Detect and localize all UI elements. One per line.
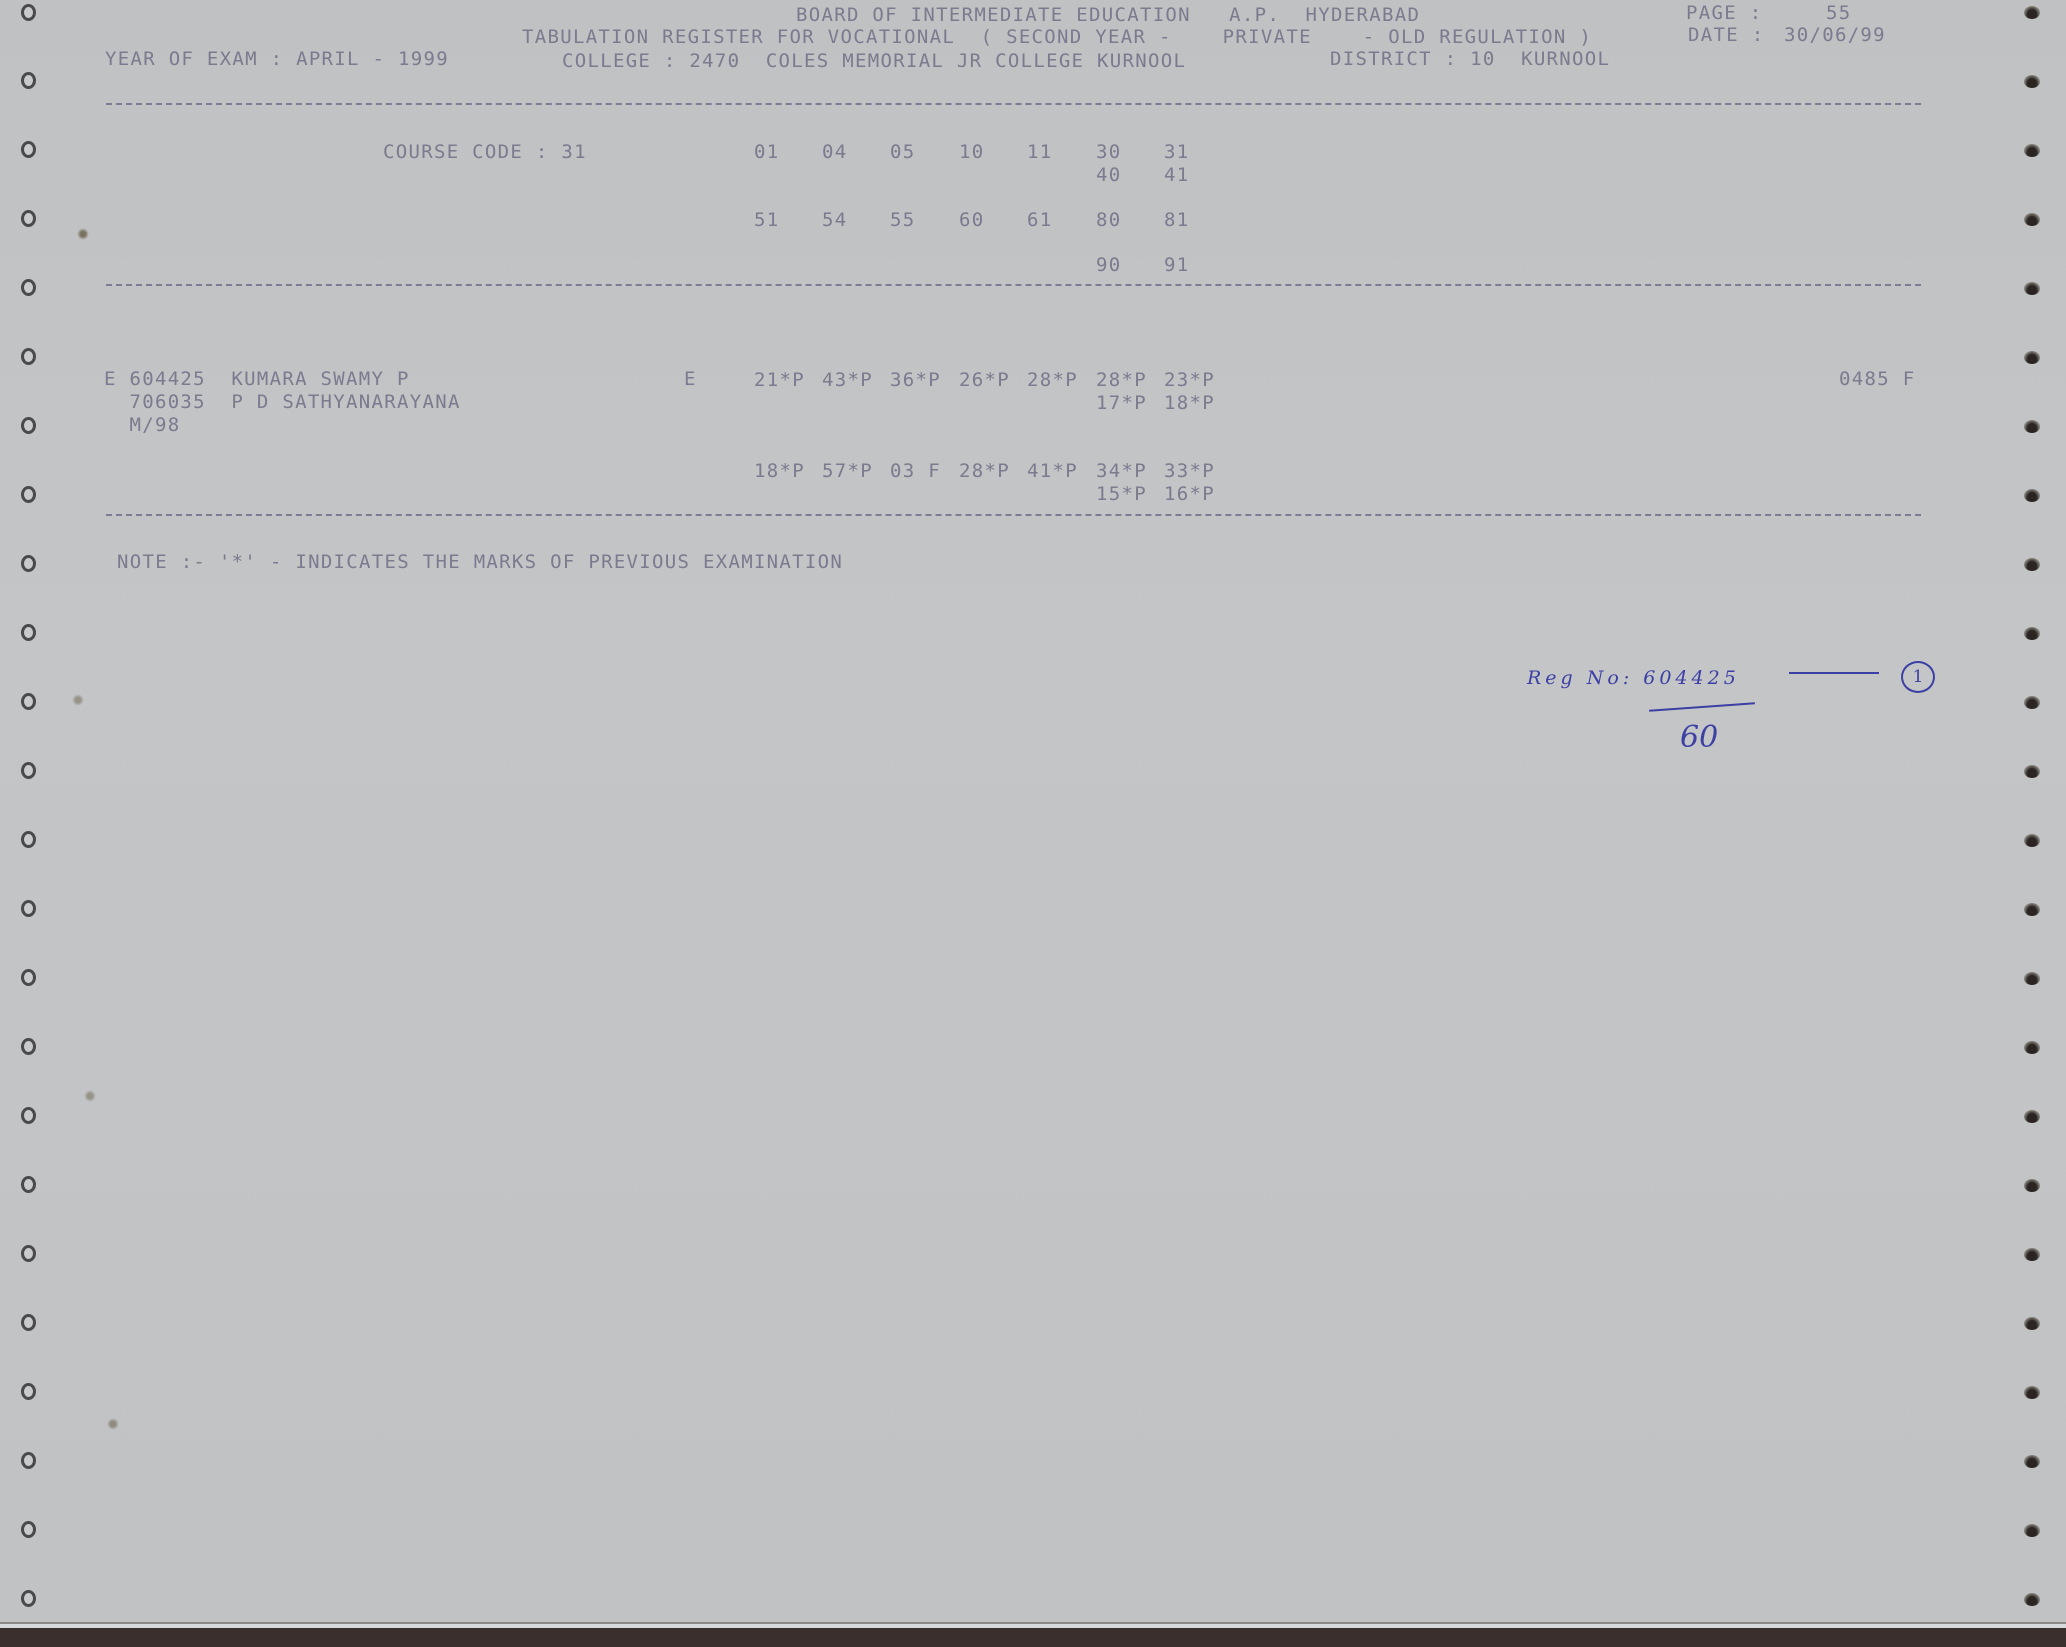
candidate-roll-name: E 604425 KUMARA SWAMY P	[104, 368, 410, 390]
mark-cell: 33*P	[1164, 460, 1215, 482]
date-value: 30/06/99	[1784, 24, 1886, 46]
mark-cell: 26*P	[959, 369, 1010, 391]
footnote: NOTE :- '*' - INDICATES THE MARKS OF PRE…	[117, 551, 843, 573]
feed-hole-icon	[21, 1452, 36, 1469]
mark-cell: 43*P	[822, 369, 873, 391]
subject-code: 04	[822, 141, 847, 163]
mark-cell: 41*P	[1027, 460, 1078, 482]
mark-cell: 18*P	[1164, 392, 1215, 414]
paper-spot	[107, 1418, 119, 1430]
subject-code: 31	[1164, 141, 1189, 163]
paper-spot	[77, 228, 89, 240]
feed-hole-icon	[21, 72, 36, 89]
feed-hole-icon	[21, 693, 36, 710]
feed-hole-icon	[21, 555, 36, 572]
circled-number: 1	[1913, 667, 1924, 687]
subject-code: 11	[1027, 141, 1052, 163]
tabulation-register-page: BOARD OF INTERMEDIATE EDUCATION A.P. HYD…	[0, 0, 2066, 1628]
feed-hole-icon	[21, 417, 36, 434]
subject-code: 10	[959, 141, 984, 163]
feed-hole-icon	[2024, 6, 2040, 19]
feed-hole-icon	[2024, 765, 2040, 778]
mark-cell: 34*P	[1096, 460, 1147, 482]
total-result: 0485 F	[1839, 368, 1915, 390]
feed-hole-icon	[21, 1590, 36, 1607]
feed-hole-icon	[21, 1176, 36, 1193]
candidate-medium: E	[684, 368, 697, 390]
subject-code: 61	[1027, 209, 1052, 231]
handwritten-fraction-line	[1649, 702, 1755, 711]
subject-code: 60	[959, 209, 984, 231]
subject-code: 51	[754, 209, 779, 231]
page-label: PAGE :	[1686, 2, 1762, 24]
feed-hole-icon	[2024, 696, 2040, 709]
feed-hole-icon	[2024, 144, 2040, 157]
feed-hole-icon	[2024, 1041, 2040, 1054]
subject-code: 30	[1096, 141, 1121, 163]
subject-code: 91	[1164, 254, 1189, 276]
feed-hole-icon	[21, 210, 36, 227]
feed-hole-icon	[2024, 489, 2040, 502]
subject-code: 40	[1096, 164, 1121, 186]
feed-hole-icon	[2024, 1524, 2040, 1537]
board-title: BOARD OF INTERMEDIATE EDUCATION A.P. HYD…	[796, 4, 1420, 26]
feed-hole-icon	[21, 1107, 36, 1124]
subject-code: 81	[1164, 209, 1189, 231]
feed-hole-icon	[2024, 627, 2040, 640]
subject-code: 80	[1096, 209, 1121, 231]
feed-hole-icon	[21, 1314, 36, 1331]
feed-hole-icon	[2024, 1179, 2040, 1192]
feed-hole-icon	[21, 969, 36, 986]
feed-hole-icon	[2024, 1317, 2040, 1330]
mark-cell: 15*P	[1096, 483, 1147, 505]
subject-code: 05	[890, 141, 915, 163]
feed-hole-icon	[2024, 1593, 2040, 1606]
feed-hole-icon	[2024, 75, 2040, 88]
feed-hole-icon	[21, 900, 36, 917]
mark-cell: 28*P	[959, 460, 1010, 482]
feed-hole-icon	[2024, 903, 2040, 916]
mark-cell: 36*P	[890, 369, 941, 391]
candidate-previous-exam: M/98	[104, 414, 180, 436]
feed-hole-icon	[21, 141, 36, 158]
feed-hole-icon	[2024, 351, 2040, 364]
feed-hole-icon	[21, 279, 36, 296]
feed-hole-icon	[21, 1038, 36, 1055]
course-code-label: COURSE CODE : 31	[383, 141, 587, 163]
feed-hole-icon	[21, 4, 36, 21]
date-label: DATE :	[1688, 24, 1764, 46]
feed-hole-icon	[2024, 213, 2040, 226]
candidate-parent-name: 706035 P D SATHYANARAYANA	[104, 391, 461, 413]
feed-hole-icon	[2024, 1455, 2040, 1468]
mark-cell: 28*P	[1096, 369, 1147, 391]
feed-hole-icon	[2024, 834, 2040, 847]
feed-hole-icon	[21, 486, 36, 503]
feed-hole-icon	[21, 1383, 36, 1400]
mark-cell: 17*P	[1096, 392, 1147, 414]
feed-hole-icon	[2024, 282, 2040, 295]
subject-code: 54	[822, 209, 847, 231]
college-info: COLLEGE : 2470 COLES MEMORIAL JR COLLEGE…	[562, 50, 1186, 72]
year-of-exam: YEAR OF EXAM : APRIL - 1999	[105, 48, 449, 70]
subject-code: 55	[890, 209, 915, 231]
handwritten-circle-icon: 1	[1901, 661, 1935, 693]
feed-hole-icon	[2024, 1386, 2040, 1399]
feed-hole-icon	[21, 831, 36, 848]
feed-hole-icon	[2024, 1248, 2040, 1261]
record-divider	[106, 514, 1921, 516]
feed-hole-icon	[21, 348, 36, 365]
handwritten-reg-no: Reg No: 604425	[1527, 667, 1740, 689]
feed-hole-icon	[2024, 558, 2040, 571]
mark-cell: 18*P	[754, 460, 805, 482]
feed-hole-icon	[21, 762, 36, 779]
feed-hole-icon	[21, 1521, 36, 1538]
handwritten-denominator: 60	[1680, 720, 1718, 755]
handwritten-dash	[1789, 672, 1879, 674]
table-surface	[0, 1628, 2066, 1647]
mark-cell: 57*P	[822, 460, 873, 482]
feed-hole-icon	[2024, 972, 2040, 985]
register-title: TABULATION REGISTER FOR VOCATIONAL ( SEC…	[522, 26, 1592, 48]
district-info: DISTRICT : 10 KURNOOL	[1330, 48, 1610, 70]
mark-cell: 23*P	[1164, 369, 1215, 391]
subject-code: 90	[1096, 254, 1121, 276]
feed-hole-icon	[2024, 420, 2040, 433]
subject-code: 01	[754, 141, 779, 163]
course-divider	[106, 284, 1921, 286]
paper-spot	[84, 1090, 96, 1102]
paper-spot	[72, 694, 84, 706]
mark-cell: 16*P	[1164, 483, 1215, 505]
feed-hole-icon	[21, 1245, 36, 1262]
mark-cell: 21*P	[754, 369, 805, 391]
mark-cell: 28*P	[1027, 369, 1078, 391]
feed-hole-icon	[21, 624, 36, 641]
mark-cell: 03 F	[890, 460, 941, 482]
page-number: 55	[1826, 2, 1851, 24]
feed-hole-icon	[2024, 1110, 2040, 1123]
header-divider	[106, 103, 1921, 105]
subject-code: 41	[1164, 164, 1189, 186]
